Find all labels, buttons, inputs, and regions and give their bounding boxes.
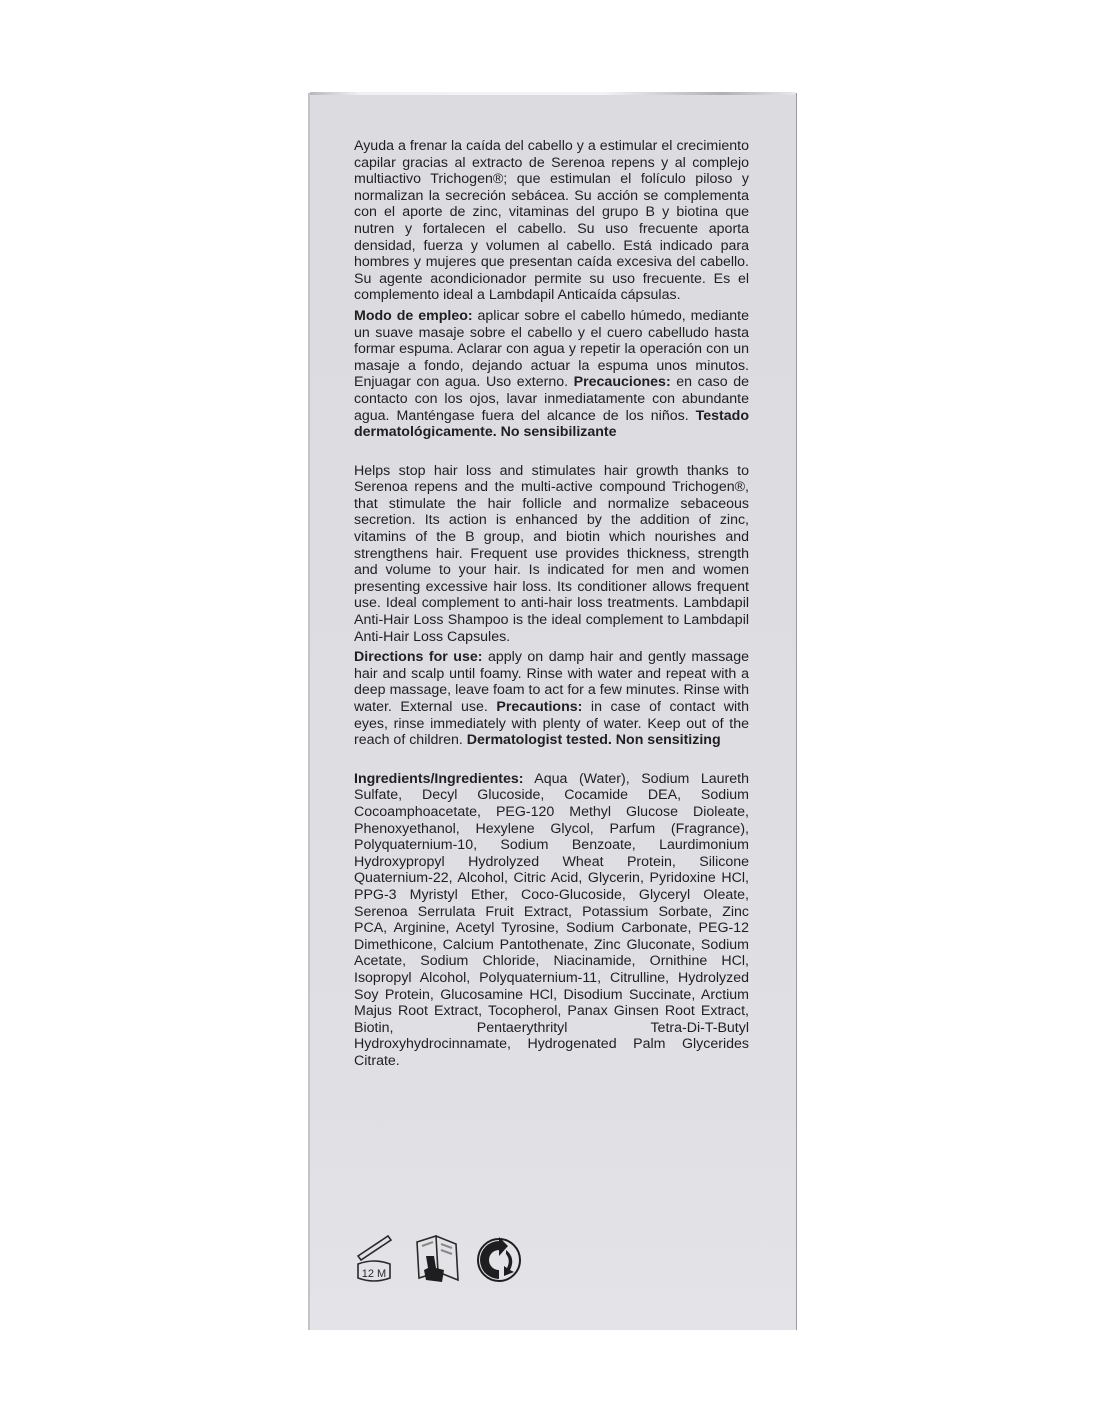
green-dot-recycling-icon	[474, 1232, 524, 1284]
package-symbols: 12 M	[354, 1232, 524, 1284]
period-after-opening-icon: 12 M	[354, 1232, 404, 1284]
svg-text:12 M: 12 M	[362, 1268, 386, 1280]
english-description: Helps stop hair loss and stimulates hair…	[354, 463, 749, 646]
ingredients: Ingredients/Ingredientes: Aqua (Water), …	[354, 771, 749, 1070]
spanish-usage: Modo de empleo: aplicar sobre el cabello…	[354, 308, 749, 441]
label-text: Ayuda a frenar la caída del cabello y a …	[354, 138, 749, 1069]
english-precautions-label: Precautions:	[496, 699, 582, 715]
spanish-usage-label: Modo de empleo:	[354, 308, 473, 324]
spanish-precautions-label: Precauciones:	[574, 374, 671, 390]
english-usage-label: Directions for use:	[354, 649, 482, 665]
read-leaflet-icon	[414, 1232, 464, 1284]
spanish-description: Ayuda a frenar la caída del cabello y a …	[354, 138, 749, 304]
ingredients-label: Ingredients/Ingredientes:	[354, 771, 524, 787]
english-claim: Dermatologist tested. Non sensitizing	[467, 732, 721, 748]
box-top-edge	[310, 92, 795, 95]
english-usage: Directions for use: apply on damp hair a…	[354, 649, 749, 749]
